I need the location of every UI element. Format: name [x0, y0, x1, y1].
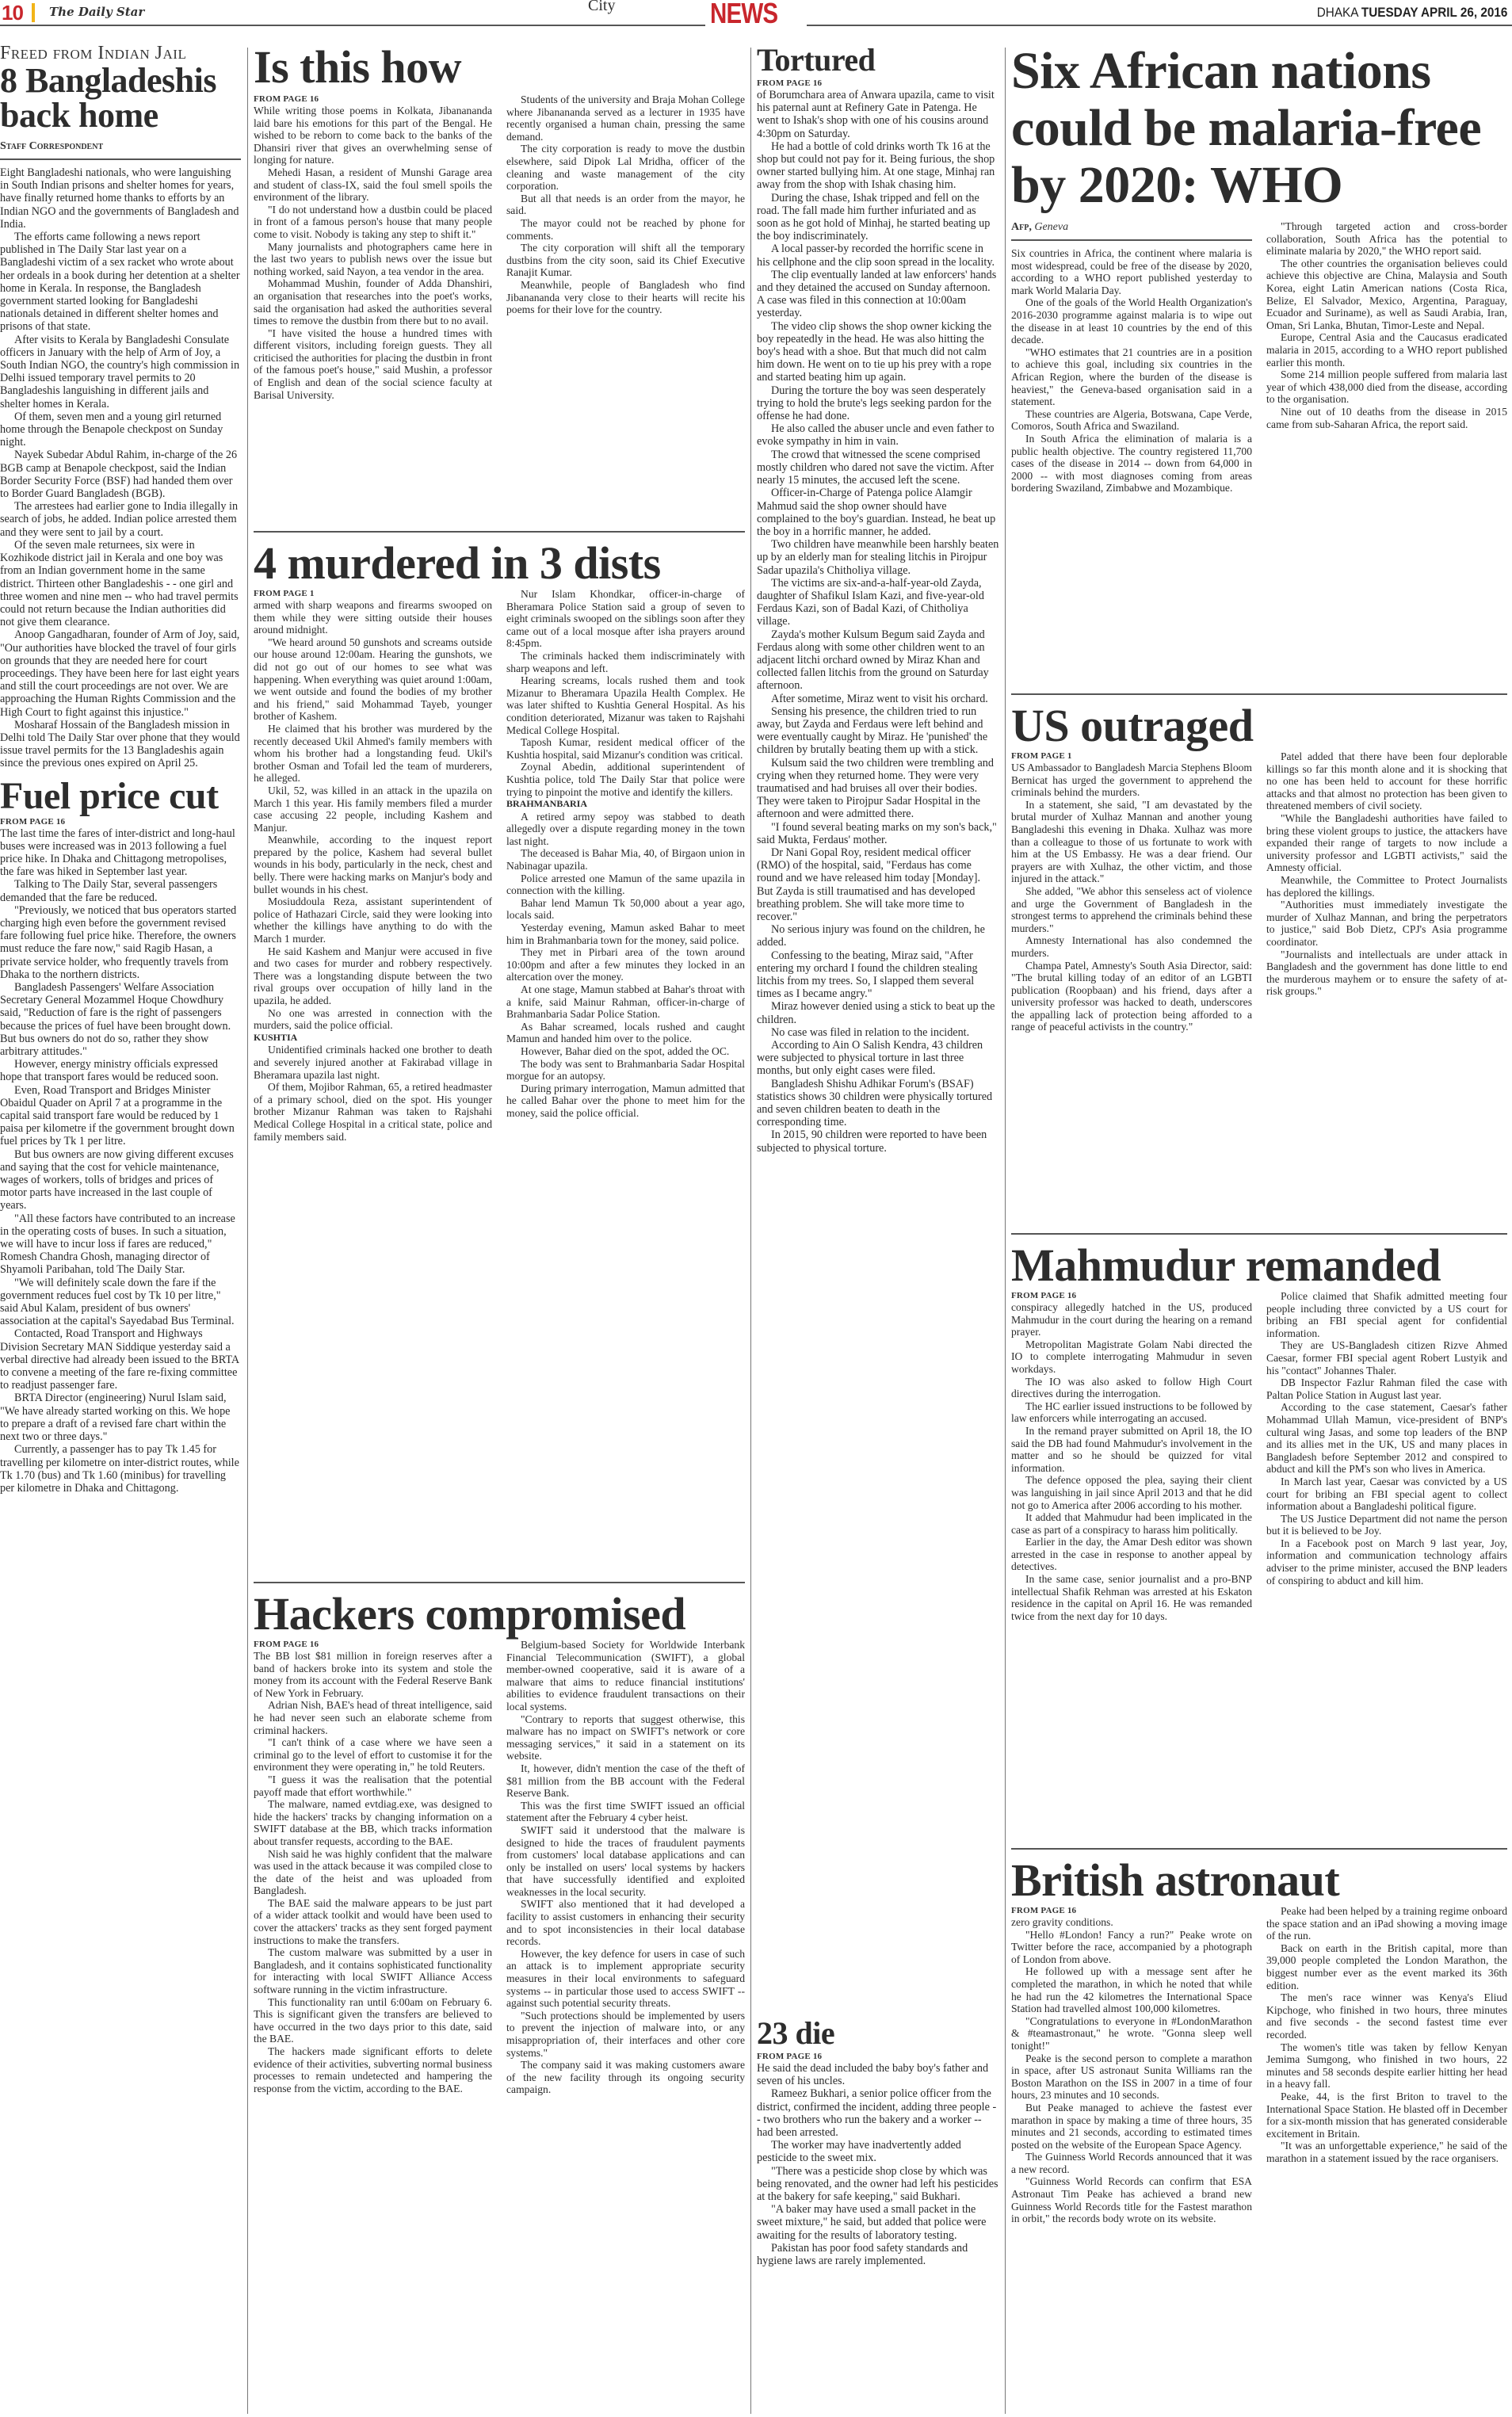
story-headline: 4 murdered in 3 dists	[254, 539, 745, 588]
paragraph: In a statement, she said, "I am devastat…	[1011, 799, 1252, 885]
paragraph: "Such protections should be implemented …	[506, 2010, 745, 2059]
paragraph: During the chase, Ishak tripped and fell…	[757, 192, 999, 243]
story-col-a: Afp, Geneva Six countries in Africa, the…	[1011, 220, 1252, 494]
paragraph: Yesterday evening, Mamun asked Bahar to …	[506, 922, 745, 946]
story-mahmudur: Mahmudur remanded FROM PAGE 16conspiracy…	[1011, 1241, 1507, 1843]
story-body: of Borumchara area of Anwara upazila, ca…	[757, 89, 999, 1155]
paragraph: The last time the fares of inter-distric…	[0, 827, 241, 879]
paragraph: The Guinness World Records announced tha…	[1011, 2151, 1252, 2175]
paragraph: No one was arrested in connection with t…	[254, 1007, 492, 1032]
paragraph: Meanwhile, people of Bangladesh who find…	[506, 279, 745, 316]
dateline-date: TUESDAY APRIL 26, 2016	[1361, 5, 1507, 20]
paragraph: Peake, 44, is the first Briton to travel…	[1266, 2091, 1507, 2140]
paragraph: Rameez Bukhari, a senior police officer …	[757, 2087, 999, 2139]
paragraph: But bus owners are now giving different …	[0, 1148, 241, 1212]
page-number-divider	[32, 3, 35, 22]
paragraph: Nish said he was highly confident that t…	[254, 1848, 492, 1897]
paragraph: The company said it was making customers…	[506, 2059, 745, 2096]
paragraph: Of them, Mojibor Rahman, 65, a retired h…	[254, 1081, 492, 1143]
paragraph: "There was a pesticide shop close by whi…	[757, 2165, 999, 2204]
paragraph: He followed up with a message sent after…	[1011, 1965, 1252, 2014]
paragraph: According to the case statement, Caesar'…	[1266, 1401, 1507, 1476]
paragraph: Belgium-based Society for Worldwide Inte…	[506, 1639, 745, 1713]
paragraph: Of them, seven men and a young girl retu…	[0, 410, 241, 449]
paragraph: "Contrary to reports that suggest otherw…	[506, 1713, 745, 1762]
paragraph: During primary interrogation, Mamun admi…	[506, 1082, 745, 1120]
paragraph: During the torture the boy was seen desp…	[757, 384, 999, 423]
paragraph: In a Facebook post on March 9 last year,…	[1266, 1537, 1507, 1587]
continued-from: FROM PAGE 16	[1011, 1905, 1252, 1916]
story-us-outraged: US outraged FROM PAGE 1US Ambassador to …	[1011, 701, 1507, 1228]
story-body: He said the dead included the baby boy's…	[757, 2062, 999, 2267]
continued-from: FROM PAGE 16	[0, 816, 241, 827]
story-british-astronaut: British astronaut FROM PAGE 16zero gravi…	[1011, 1856, 1507, 2225]
story-body-a: Six countries in Africa, the continent w…	[1011, 247, 1252, 494]
paragraph: But all that needs is an order from the …	[506, 193, 745, 217]
paragraph: Zayda's mother Kulsum Begum said Zayda a…	[757, 628, 999, 693]
dateline-city: DHAKA	[1316, 5, 1357, 20]
paragraph: But Peake managed to achieve the fastest…	[1011, 2102, 1252, 2151]
paragraph: Many journalists and photographers came …	[254, 241, 492, 278]
paragraph: US Ambassador to Bangladesh Marcia Steph…	[1011, 762, 1252, 799]
paragraph: Unidentified criminals hacked one brothe…	[254, 1044, 492, 1081]
story-headline: Tortured	[757, 43, 999, 78]
paragraph: Kulsum said the two children were trembl…	[757, 757, 999, 821]
story-col-b: Patel added that there have been four de…	[1266, 750, 1507, 1033]
paragraph: Nine out of 10 deaths from the disease i…	[1266, 406, 1507, 430]
paragraph: He said Kashem and Manjur were accused i…	[254, 945, 492, 1007]
paragraph: Europe, Central Asia and the Caucasus er…	[1266, 331, 1507, 368]
paragraph: Students of the university and Braja Moh…	[506, 94, 745, 143]
continued-from: FROM PAGE 16	[254, 94, 492, 105]
story-byline: Afp, Geneva	[1011, 220, 1252, 235]
paragraph: "I found several beating marks on my son…	[757, 821, 999, 846]
story-headline: Fuel price cut	[0, 777, 241, 816]
paragraph: Nur Islam Khondkar, officer-in-charge of…	[506, 588, 745, 650]
paragraph: He claimed that his brother was murdered…	[254, 723, 492, 785]
story-headline: Six African nations could be malaria-fre…	[1011, 43, 1507, 214]
paragraph: Hearing screams, locals rushed them and …	[506, 674, 745, 736]
paragraph: Metropolitan Magistrate Golam Nabi direc…	[1011, 1338, 1252, 1376]
column-center: Is this how FROM PAGE 16While writing th…	[254, 43, 745, 2417]
paragraph: Meanwhile, according to the inquest repo…	[254, 834, 492, 895]
paragraph: The crowd that witnessed the scene compr…	[757, 449, 999, 487]
continued-from: FROM PAGE 16	[254, 1639, 492, 1650]
paragraph: The worker may have inadvertently added …	[757, 2139, 999, 2164]
subheading: BRAHMANBARIA	[506, 798, 745, 811]
paragraph: No case was filed in relation to the inc…	[757, 1026, 999, 1039]
story-body: FROM PAGE 16The BB lost $81 million in f…	[254, 1639, 745, 2096]
section-label: City	[588, 0, 615, 14]
paragraph: The arrestees had earlier gone to India …	[0, 500, 241, 539]
story-malaria: Six African nations could be malaria-fre…	[1011, 43, 1507, 689]
dateline: DHAKA TUESDAY APRIL 26, 2016	[1316, 5, 1507, 21]
paragraph: DB Inspector Fazlur Rahman filed the cas…	[1266, 1377, 1507, 1401]
byline-rule	[1011, 239, 1252, 241]
paragraph: Dr Nani Gopal Roy, resident medical offi…	[757, 846, 999, 923]
paragraph: However, Bahar died on the spot, added t…	[506, 1045, 745, 1058]
story-murdered: 4 murdered in 3 dists FROM PAGE 1armed w…	[254, 539, 745, 1577]
paper-logo: The Daily Star	[49, 3, 144, 21]
paragraph: Contacted, Road Transport and Highways D…	[0, 1327, 241, 1392]
paragraph: "We heard around 50 gunshots and screams…	[254, 636, 492, 723]
paragraph: After visits to Kerala by Bangladeshi Co…	[0, 334, 241, 410]
story-col-b: Nur Islam Khondkar, officer-in-charge of…	[506, 588, 745, 1143]
paragraph: A local passer-by recorded the horrific …	[757, 242, 999, 268]
paragraph: "Congratulations to everyone in #LondonM…	[1011, 2015, 1252, 2052]
column-divider	[1005, 48, 1006, 2414]
paragraph: Bangladesh Passengers' Welfare Associati…	[0, 981, 241, 1058]
paragraph: zero gravity conditions.	[1011, 1916, 1252, 1929]
paragraph: The victims are six-and-a-half-year-old …	[757, 577, 999, 628]
story-headline: Hackers compromised	[254, 1590, 745, 1639]
paragraph: Officer-in-Charge of Patenga police Alam…	[757, 487, 999, 538]
story-divider	[1011, 1848, 1507, 1850]
paragraph: Pakistan has poor food safety standards …	[757, 2242, 999, 2267]
paragraph: The women's title was taken by fellow Ke…	[1266, 2041, 1507, 2091]
paragraph: The criminals hacked them indiscriminate…	[506, 650, 745, 674]
section-title: NEWS	[710, 0, 777, 29]
paragraph: "It was an unforgettable experience," he…	[1266, 2140, 1507, 2164]
column-divider	[247, 48, 248, 2414]
paragraph: of Borumchara area of Anwara upazila, ca…	[757, 89, 999, 140]
paragraph: In 2015, 90 children were reported to ha…	[757, 1128, 999, 1154]
paragraph: At one stage, Mamun stabbed at Bahar's t…	[506, 983, 745, 1021]
paragraph: SWIFT also mentioned that it had develop…	[506, 1898, 745, 1947]
byline-agency: Afp	[1011, 221, 1029, 233]
story-fuel: Fuel price cut FROM PAGE 16 The last tim…	[0, 777, 241, 1495]
story-divider	[1011, 693, 1507, 695]
paragraph: "We will definitely scale down the fare …	[0, 1277, 241, 1328]
paragraph: Sensing his presence, the children tried…	[757, 705, 999, 757]
paragraph: Nayek Subedar Abdul Rahim, in-charge of …	[0, 449, 241, 500]
story-headline: 23 die	[757, 2016, 999, 2051]
continued-from: FROM PAGE 1	[1011, 750, 1252, 762]
paragraph: One of the goals of the World Health Org…	[1011, 296, 1252, 346]
paragraph: The BB lost $81 million in foreign reser…	[254, 1650, 492, 1699]
story-bangladeshis: Freed from Indian Jail 8 Bangladeshis ba…	[0, 43, 241, 770]
paragraph: The malware, named evtdiag.exe, was desi…	[254, 1798, 492, 1847]
paragraph: The BAE said the malware appears to be j…	[254, 1897, 492, 1946]
paragraph: He also called the abuser uncle and even…	[757, 422, 999, 448]
continued-from: FROM PAGE 16	[757, 2051, 999, 2062]
story-col-b: Peake had been helped by a training regi…	[1266, 1905, 1507, 2225]
story-col-a: FROM PAGE 16The BB lost $81 million in f…	[254, 1639, 492, 2096]
paragraph: However, energy ministry officials expre…	[0, 1058, 241, 1083]
paragraph: "Journalists and intellectuals are under…	[1266, 949, 1507, 998]
paragraph: As Bahar screamed, locals rushed and cau…	[506, 1021, 745, 1045]
paragraph: After sometime, Miraz went to visit his …	[757, 693, 999, 705]
column-right: Six African nations could be malaria-fre…	[1011, 43, 1507, 2417]
paragraph: "A baker may have used a small packet in…	[757, 2203, 999, 2242]
paragraph: In March last year, Caesar was convicted…	[1266, 1476, 1507, 1513]
continued-from: FROM PAGE 16	[1011, 1290, 1252, 1301]
paragraph: Mehedi Hasan, a resident of Munshi Garag…	[254, 166, 492, 204]
story-col-b: Belgium-based Society for Worldwide Inte…	[506, 1639, 745, 2096]
paragraph: Police claimed that Shafik admitted meet…	[1266, 1290, 1507, 1339]
masthead-rule-left	[0, 25, 705, 26]
paragraph: The men's race winner was Kenya's Eliud …	[1266, 1991, 1507, 2041]
paragraph: The defence opposed the plea, saying the…	[1011, 1474, 1252, 1511]
column-left: Freed from Indian Jail 8 Bangladeshis ba…	[0, 43, 241, 2417]
paragraph: Meanwhile, the Committee to Protect Jour…	[1266, 874, 1507, 899]
paragraph: "I can't think of a case where we have s…	[254, 1736, 492, 1774]
paragraph: Back on earth in the British capital, mo…	[1266, 1942, 1507, 1991]
paragraph: Mosiuddoula Reza, assistant superintende…	[254, 895, 492, 945]
story-columns: Afp, Geneva Six countries in Africa, the…	[1011, 220, 1507, 494]
paragraph: "Previously, we noticed that bus operato…	[0, 904, 241, 981]
story-body: FROM PAGE 16zero gravity conditions."Hel…	[1011, 1905, 1507, 2225]
story-tortured: Tortured FROM PAGE 16 of Borumchara area…	[757, 43, 999, 2016]
paragraph: Mohammad Mushin, founder of Adda Dhanshi…	[254, 277, 492, 326]
paragraph: conspiracy allegedly hatched in the US, …	[1011, 1301, 1252, 1338]
story-col-a: FROM PAGE 16conspiracy allegedly hatched…	[1011, 1290, 1252, 1622]
story-headline: US outraged	[1011, 701, 1507, 750]
paragraph: The mayor could not be reached by phone …	[506, 217, 745, 242]
paragraph: The hackers made significant efforts to …	[254, 2045, 492, 2094]
paragraph: "All these factors have contributed to a…	[0, 1212, 241, 1277]
paragraph: The US Justice Department did not name t…	[1266, 1513, 1507, 1537]
story-body: The last time the fares of inter-distric…	[0, 827, 241, 1495]
paragraph: Even, Road Transport and Bridges Ministe…	[0, 1084, 241, 1148]
paragraph: "Authorities must immediately investigat…	[1266, 899, 1507, 948]
story-headline: Is this how	[254, 43, 745, 92]
story-headline: 8 Bangladeshis back home	[0, 63, 241, 133]
paragraph: Taposh Kumar, resident medical officer o…	[506, 736, 745, 761]
paragraph: While writing those poems in Kolkata, Ji…	[254, 105, 492, 166]
paragraph: He said the dead included the baby boy's…	[757, 2062, 999, 2087]
paragraph: Ukil, 52, was killed in an attack in the…	[254, 785, 492, 834]
story-divider	[1011, 1233, 1507, 1235]
paragraph: In the remand prayer submitted on April …	[1011, 1425, 1252, 1474]
paragraph: Champa Patel, Amnesty's South Asia Direc…	[1011, 960, 1252, 1034]
paragraph: Miraz however denied using a stick to be…	[757, 1000, 999, 1025]
paragraph: The custom malware was submitted by a us…	[254, 1946, 492, 1995]
paragraph: Confessing to the beating, Miraz said, "…	[757, 949, 999, 1001]
paragraph: Of the seven male returnees, six were in…	[0, 539, 241, 628]
paragraph: Anoop Gangadharan, founder of Arm of Joy…	[0, 628, 241, 718]
column-center-right: Tortured FROM PAGE 16 of Borumchara area…	[757, 43, 999, 2417]
paragraph: The city corporation is ready to move th…	[506, 143, 745, 192]
story-23-die: 23 die FROM PAGE 16 He said the dead inc…	[757, 2016, 999, 2267]
paragraph: A retired army sepoy was stabbed to deat…	[506, 811, 745, 848]
story-headline: Mahmudur remanded	[1011, 1241, 1507, 1290]
paragraph: It added that Mahmudur had been implicat…	[1011, 1511, 1252, 1536]
story-divider	[254, 531, 745, 533]
paragraph: The clip eventually landed at law enforc…	[757, 269, 999, 320]
paragraph: The IO was also asked to follow High Cou…	[1011, 1376, 1252, 1400]
paragraph: The city corporation will shift all the …	[506, 242, 745, 279]
paragraph: These countries are Algeria, Botswana, C…	[1011, 408, 1252, 433]
paragraph: In the same case, senior journalist and …	[1011, 1573, 1252, 1622]
story-col-a: FROM PAGE 16While writing those poems in…	[254, 94, 492, 401]
paragraph: Currently, a passenger has to pay Tk 1.4…	[0, 1443, 241, 1495]
paragraph: Six countries in Africa, the continent w…	[1011, 247, 1252, 296]
paragraph: Earlier in the day, the Amar Desh editor…	[1011, 1536, 1252, 1573]
story-col-a: FROM PAGE 1armed with sharp weapons and …	[254, 588, 492, 1143]
paragraph: She added, "We abhor this senseless act …	[1011, 885, 1252, 934]
paragraph: In South Africa the elimination of malar…	[1011, 433, 1252, 494]
paragraph: "I guess it was the realisation that the…	[254, 1774, 492, 1798]
paragraph: Some 214 million people suffered from ma…	[1266, 368, 1507, 406]
paragraph: "Through targeted action and cross-borde…	[1266, 220, 1507, 258]
paragraph: Bahar lend Mamun Tk 50,000 about a year …	[506, 897, 745, 922]
paragraph: Police arrested one Mamun of the same up…	[506, 872, 745, 897]
masthead-rule-right	[807, 25, 1512, 26]
paragraph: The deceased is Bahar Mia, 40, of Birgao…	[506, 847, 745, 872]
story-byline: Staff Correspondent	[0, 139, 241, 154]
paragraph: SWIFT said it understood that the malwar…	[506, 1824, 745, 1899]
paragraph: Talking to The Daily Star, several passe…	[0, 878, 241, 903]
paragraph: They are US-Bangladesh citizen Rizve Ahm…	[1266, 1339, 1507, 1377]
paragraph: It, however, didn't mention the case of …	[506, 1762, 745, 1800]
story-is-this-how: Is this how FROM PAGE 16While writing th…	[254, 43, 745, 526]
paragraph: Adrian Nish, BAE's head of threat intell…	[254, 1699, 492, 1736]
byline-rule	[0, 158, 241, 160]
paragraph: Two children have meanwhile been harshly…	[757, 538, 999, 577]
paragraph: "I have visited the house a hundred time…	[254, 327, 492, 402]
story-body: Eight Bangladeshi nationals, who were la…	[0, 166, 241, 770]
masthead: 10 The Daily Star City NEWS DHAKA TUESDA…	[0, 0, 1512, 29]
column-divider	[750, 48, 751, 2414]
paragraph: The efforts came following a news report…	[0, 231, 241, 334]
paragraph: Peake had been helped by a training regi…	[1266, 1905, 1507, 1942]
subheading: KUSHTIA	[254, 1032, 492, 1044]
story-body: FROM PAGE 1armed with sharp weapons and …	[254, 588, 745, 1143]
paragraph: This functionality ran until 6:00am on F…	[254, 1996, 492, 2045]
paragraph: "Guinness World Records can confirm that…	[1011, 2175, 1252, 2224]
story-headline: British astronaut	[1011, 1856, 1507, 1905]
paragraph: The body was sent to Brahmanbaria Sadar …	[506, 1058, 745, 1082]
paragraph: According to Ain O Salish Kendra, 43 chi…	[757, 1039, 999, 1078]
paragraph: "Hello #London! Fancy a run?" Peake wrot…	[1011, 1929, 1252, 1966]
story-body: FROM PAGE 16conspiracy allegedly hatched…	[1011, 1290, 1507, 1622]
paragraph: "I do not understand how a dustbin could…	[254, 204, 492, 241]
story-col-b: Police claimed that Shafik admitted meet…	[1266, 1290, 1507, 1622]
continued-from: FROM PAGE 1	[254, 588, 492, 599]
story-body-b: "Through targeted action and cross-borde…	[1266, 220, 1507, 494]
paragraph: BRTA Director (engineering) Nurul Islam …	[0, 1392, 241, 1443]
paragraph: Zoynal Abedin, additional superintendent…	[506, 761, 745, 798]
story-body: FROM PAGE 16While writing those poems in…	[254, 94, 745, 401]
paragraph: Amnesty International has also condemned…	[1011, 934, 1252, 959]
paragraph: The other countries the organisation bel…	[1266, 258, 1507, 332]
paragraph: Peake is the second person to complete a…	[1011, 2052, 1252, 2102]
paragraph: "WHO estimates that 21 countries are in …	[1011, 346, 1252, 408]
paragraph: Eight Bangladeshi nationals, who were la…	[0, 166, 241, 231]
paragraph: The HC earlier issued instructions to be…	[1011, 1400, 1252, 1425]
paragraph: "While the Bangladeshi authorities have …	[1266, 812, 1507, 874]
continued-from: FROM PAGE 16	[757, 78, 999, 89]
story-hackers: Hackers compromised FROM PAGE 16The BB l…	[254, 1590, 745, 2398]
story-col-a: FROM PAGE 16zero gravity conditions."Hel…	[1011, 1905, 1252, 2225]
story-body: FROM PAGE 1US Ambassador to Bangladesh M…	[1011, 750, 1507, 1033]
paragraph: Patel added that there have been four de…	[1266, 750, 1507, 812]
story-divider	[254, 1582, 745, 1583]
paragraph: Mosharaf Hossain of the Bangladesh missi…	[0, 719, 241, 770]
story-col-a: FROM PAGE 1US Ambassador to Bangladesh M…	[1011, 750, 1252, 1033]
page-number: 10	[2, 2, 23, 24]
paragraph: armed with sharp weapons and firearms sw…	[254, 599, 492, 636]
byline-place: Geneva	[1034, 221, 1068, 233]
paragraph: Bangladesh Shishu Adhikar Forum's (BSAF)…	[757, 1078, 999, 1129]
paragraph: The video clip shows the shop owner kick…	[757, 320, 999, 384]
story-col-b: Students of the university and Braja Moh…	[506, 94, 745, 401]
paragraph: They met in Pirbari area of the town aro…	[506, 946, 745, 983]
paragraph: However, the key defence for users in ca…	[506, 1948, 745, 2010]
paragraph: No serious injury was found on the child…	[757, 923, 999, 949]
paragraph: This was the first time SWIFT issued an …	[506, 1800, 745, 1824]
paragraph: He had a bottle of cold drinks worth Tk …	[757, 140, 999, 192]
